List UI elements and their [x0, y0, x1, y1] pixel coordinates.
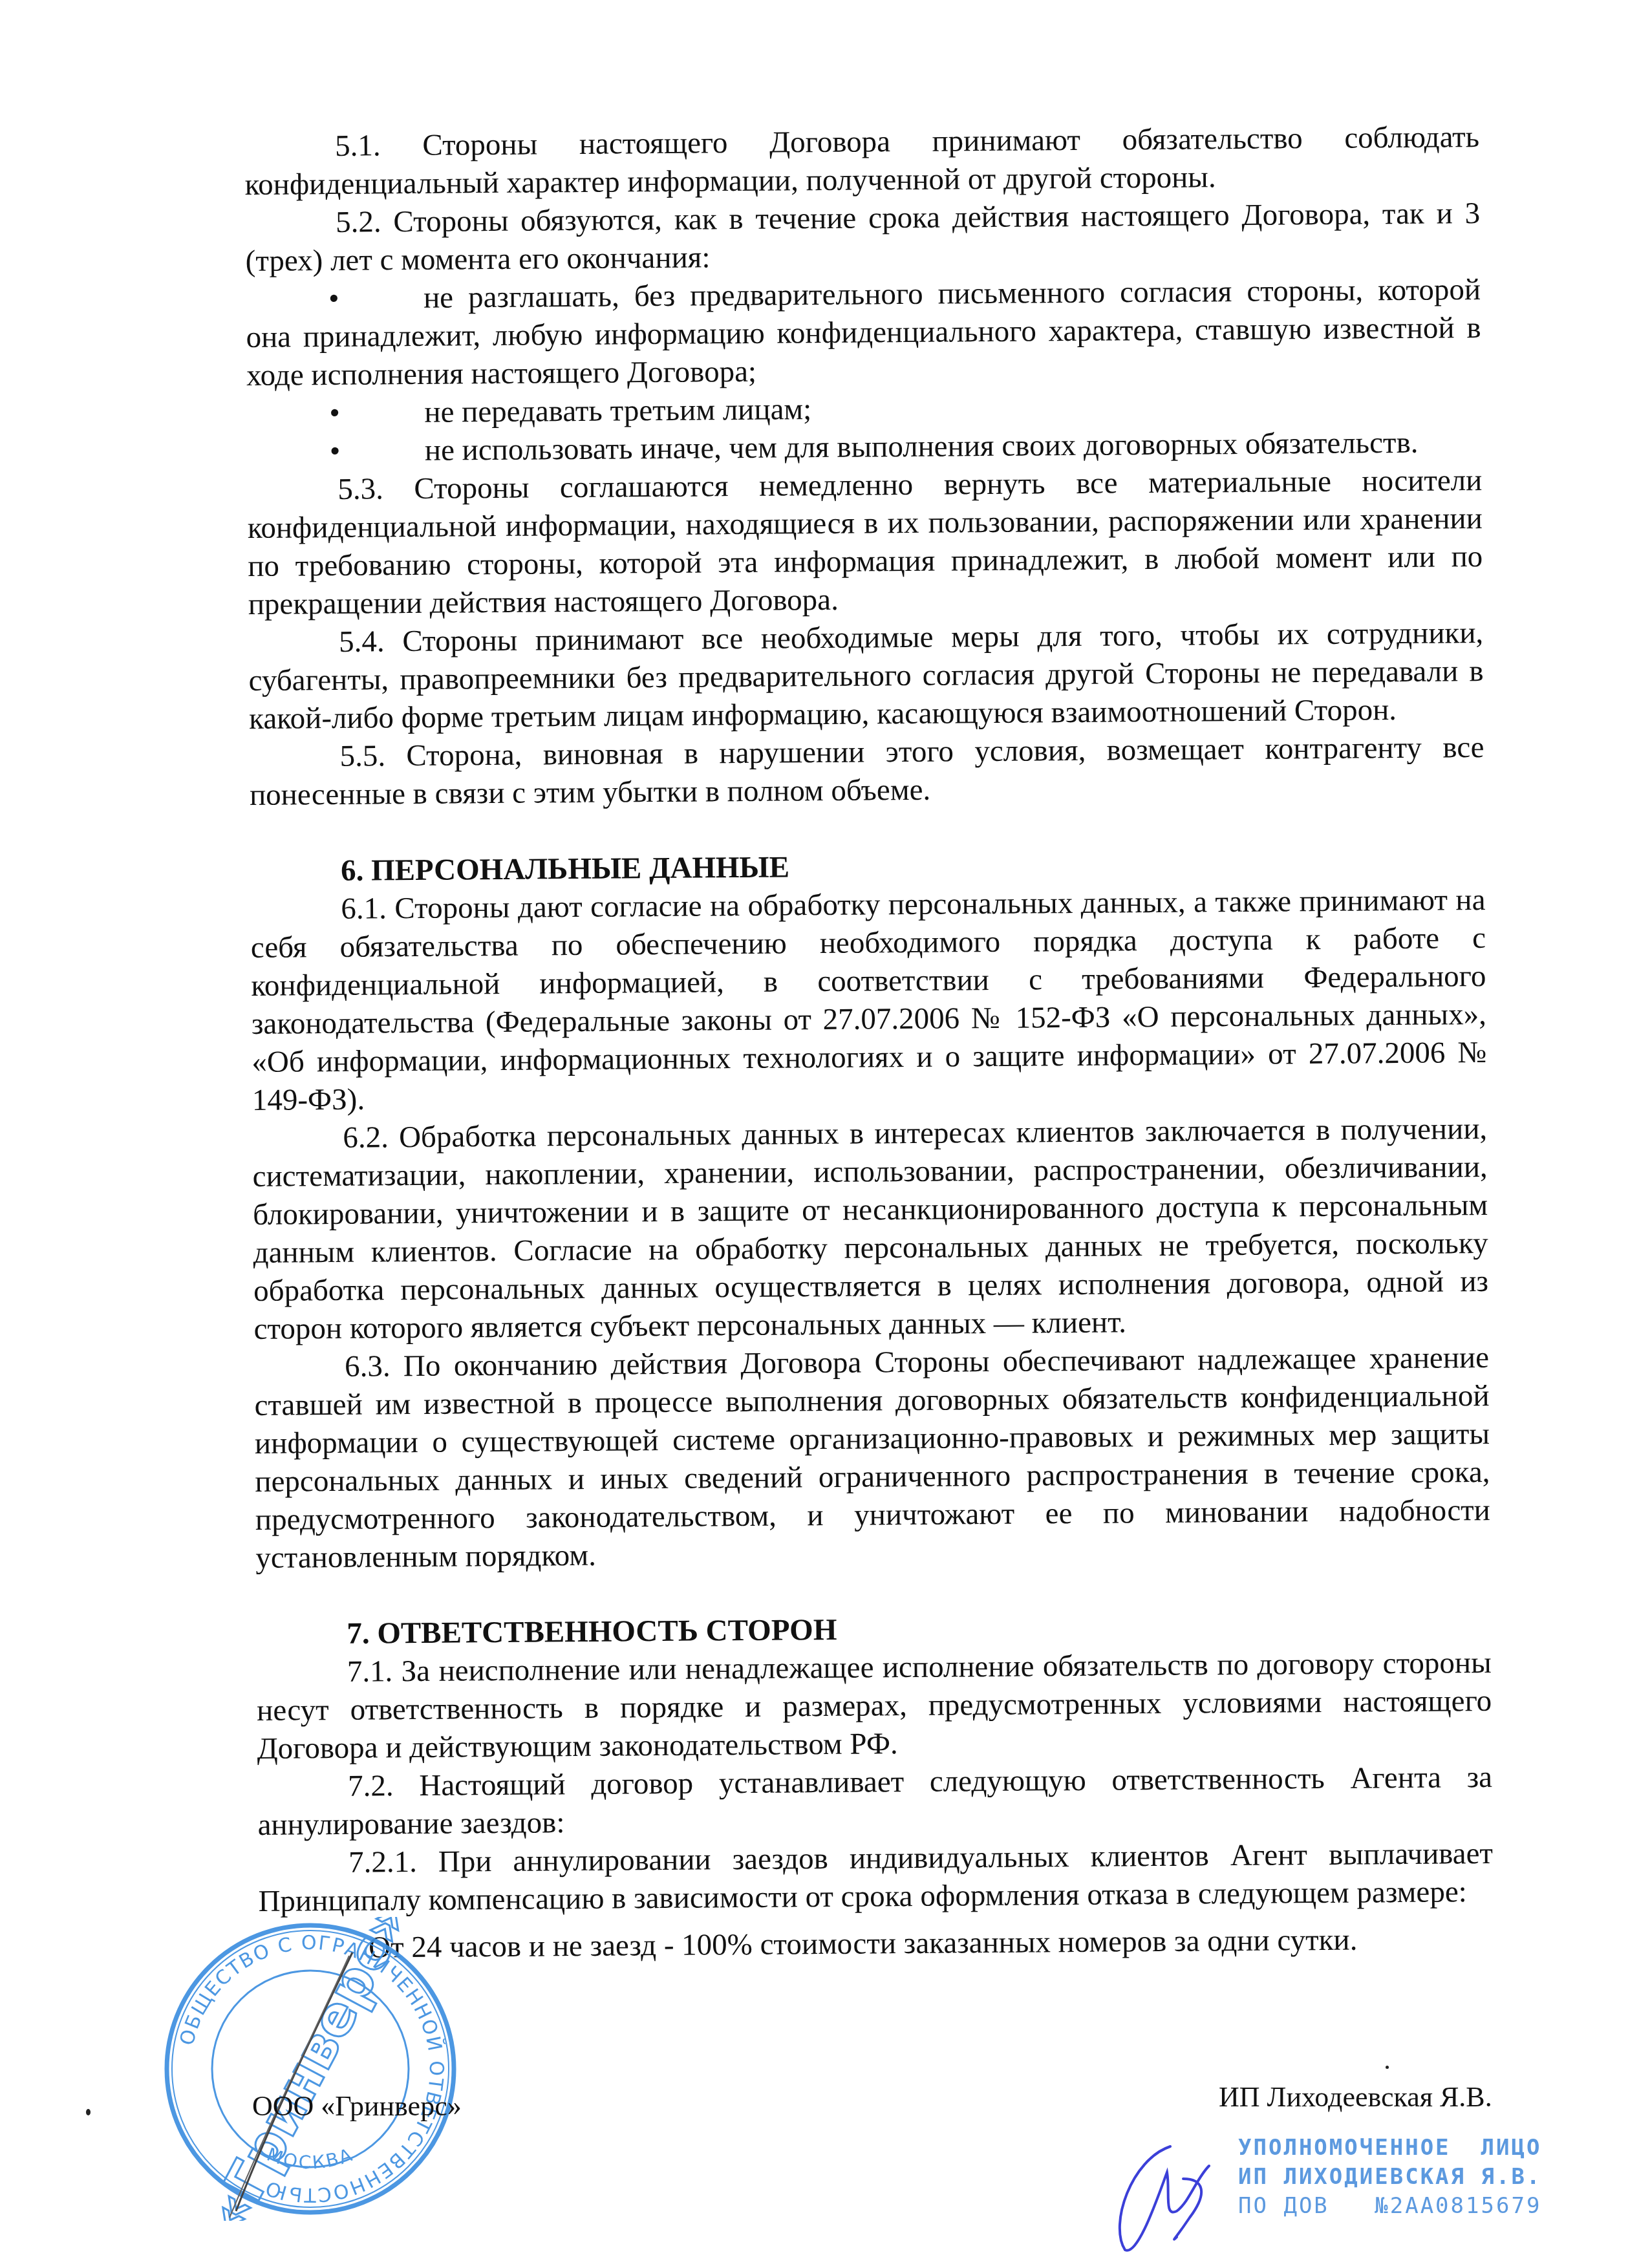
authorized-person-stamp: УПОЛНОМОЧЕННОЕ ЛИЦО ИП ЛИХОДИЕВСКАЯ Я.В.… [1238, 2134, 1548, 2221]
bullet-icon: • [328, 280, 339, 318]
clause-5-2: 5.2. Стороны обязуются, как в течение ср… [245, 195, 1481, 281]
stamp-line-3: ПО ДОВ №2АА0815679 [1238, 2192, 1548, 2221]
scan-speck [1386, 2066, 1389, 2069]
left-party-name: ООО «Гринверс» [252, 2090, 462, 2123]
bullet-icon: • [329, 394, 340, 433]
clause-5-2-bullet-1: •не разглашать, без предварительного пис… [246, 271, 1481, 395]
clause-5-3: 5.3. Стороны соглашаются немедленно верн… [247, 462, 1483, 624]
stamp-line-1: УПОЛНОМОЧЕННОЕ ЛИЦО [1238, 2134, 1548, 2163]
document-body: 5.1. Стороны настоящего Договора принима… [244, 118, 1494, 1968]
clause-6-1: 6.1. Стороны дают согласие на обработку … [250, 881, 1487, 1120]
document-page: 5.1. Стороны настоящего Договора принима… [0, 0, 1650, 2268]
clause-6-3: 6.3. По окончанию действия Договора Стор… [254, 1339, 1491, 1578]
svg-text:ОБЩЕСТВО С ОГРАНИЧЕННОЙ ОТВЕТС: ОБЩЕСТВО С ОГРАНИЧЕННОЙ ОТВЕТСТВЕННОСТЬЮ [176, 1932, 447, 2206]
clause-6-2: 6.2. Обработка персональных данных в инт… [252, 1110, 1489, 1349]
stamp-line-2: ИП ЛИХОДИЕВСКАЯ Я.В. [1238, 2163, 1548, 2192]
clause-7-1: 7.1. За неисполнение или ненадлежащее ис… [257, 1644, 1492, 1768]
bullet-icon: • [330, 433, 341, 471]
clause-5-5: 5.5. Сторона, виновная в нарушении этого… [249, 729, 1484, 815]
svg-text:МОСКВА: МОСКВА [264, 2143, 357, 2173]
scan-speck [86, 2109, 91, 2115]
handwritten-signature-icon [1106, 2140, 1216, 2256]
clause-24-hours: От 24 часов и не заезд - 100% стоимости … [259, 1920, 1494, 1968]
clause-7-2: 7.2. Настоящий договор устанавливает сле… [257, 1759, 1493, 1845]
clause-5-1: 5.1. Стороны настоящего Договора принима… [244, 118, 1480, 204]
clause-5-4: 5.4. Стороны принимают все необходимые м… [248, 614, 1484, 738]
clause-7-2-1: 7.2.1. При аннулировании заездов индивид… [258, 1835, 1494, 1921]
right-party-name: ИП Лиходеевская Я.В. [1219, 2081, 1492, 2113]
